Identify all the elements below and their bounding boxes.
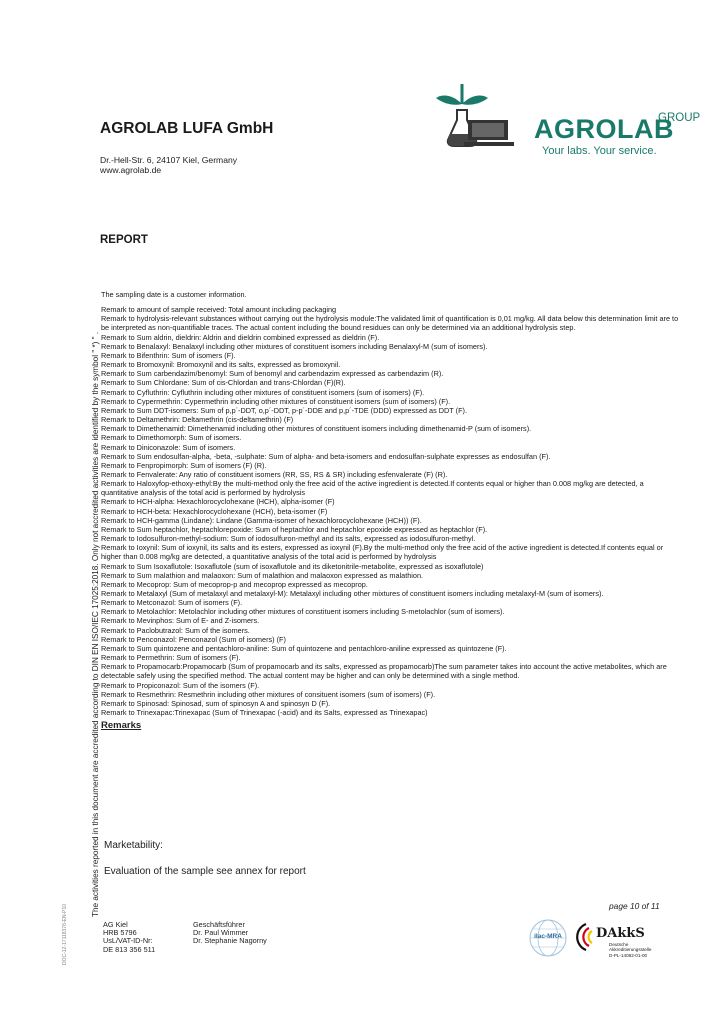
remark-item: Remark to Fenvalerate: Any ratio of cons… (101, 470, 681, 479)
report-title: REPORT (100, 234, 148, 246)
marketability-label: Marketability: (104, 840, 163, 851)
remarks-content: The sampling date is a customer informat… (101, 290, 681, 730)
logo-wordmark: AGROLAB (534, 114, 674, 145)
dakks-flag-arcs-icon (572, 922, 594, 952)
remark-item: Remark to HCH-beta: Hexachlorocyclohexan… (101, 507, 681, 516)
remark-item: Remark to Ioxynil: Sum of ioxynil, its s… (101, 543, 681, 561)
remark-item: Remark to Diniconazole: Sum of isomers. (101, 443, 681, 452)
remark-item: Remark to Sum heptachlor, heptachlorepox… (101, 525, 681, 534)
dakks-accreditation-number: D-PL-14082-01-00 (609, 953, 651, 958)
remark-item: Remark to Penconazol: Penconazol (Sum of… (101, 635, 681, 644)
remark-item: Remark to Dimethomorph: Sum of isomers. (101, 433, 681, 442)
dakks-name: DAkkS (596, 926, 645, 941)
document-code: DOC-12-17118378-EN-P10 (62, 904, 68, 965)
logo-group-label: GROUP (658, 112, 700, 124)
remark-item: Remark to amount of sample received: Tot… (101, 305, 681, 314)
remark-item: Remark to Paclobutrazol: Sum of the isom… (101, 626, 681, 635)
remark-item: Remark to Metconazol: Sum of isomers (F)… (101, 598, 681, 607)
sampling-note: The sampling date is a customer informat… (101, 290, 681, 299)
page-number: page 10 of 11 (609, 901, 660, 911)
remark-item: Remark to Cypermethrin: Cypermethrin inc… (101, 397, 681, 406)
address-street: Dr.-Hell-Str. 6, 24107 Kiel, Germany (100, 155, 237, 165)
remark-item: Remark to Deltamethrin: Deltamethrin (ci… (101, 415, 681, 424)
remark-item: Remark to Bifenthrin: Sum of isomers (F)… (101, 351, 681, 360)
remark-item: Remark to Cyfluthrin: Cyfluthrin includi… (101, 388, 681, 397)
remark-item: Remark to Benalaxyl: Benalaxyl including… (101, 342, 681, 351)
remark-item: Remark to hydrolysis-relevant substances… (101, 314, 681, 332)
remark-item: Remark to Propiconazol: Sum of the isome… (101, 681, 681, 690)
remark-list: Remark to amount of sample received: Tot… (101, 305, 681, 717)
remark-item: Remark to Sum endosulfan-alpha, -beta, -… (101, 452, 681, 461)
remark-item: Remark to Dimethenamid: Dimethenamid inc… (101, 424, 681, 433)
remark-item: Remark to Sum quintozene and pentachloro… (101, 644, 681, 653)
remark-item: Remark to Metolachlor: Metolachlor inclu… (101, 607, 681, 616)
remark-item: Remark to Sum DDT-isomers: Sum of p,p´-D… (101, 406, 681, 415)
remark-item: Remark to Iodosulfuron-methyl-sodium: Su… (101, 534, 681, 543)
remark-item: Remark to Mevinphos: Sum of E- and Z-iso… (101, 616, 681, 625)
remark-item: Remark to Resmethrin: Resmethrin includi… (101, 690, 681, 699)
remark-item: Remark to Fenpropimorph: Sum of isomers … (101, 461, 681, 470)
company-website: www.agrolab.de (100, 165, 237, 175)
dakks-details: Deutsche Akkreditierungsstelle D-PL-1408… (609, 942, 651, 958)
remark-item: Remark to Sum aldrin, dieldrin: Aldrin a… (101, 333, 681, 342)
remark-item: Remark to HCH-gamma (Lindane): Lindane (… (101, 516, 681, 525)
remark-item: Remark to Haloxyfop-ethoxy-ethyl:By the … (101, 479, 681, 497)
remark-item: Remark to Spinosad: Spinosad, sum of spi… (101, 699, 681, 708)
remark-item: Remark to Sum malathion and malaoxon: Su… (101, 571, 681, 580)
agrolab-logo: AGROLAB GROUP Your labs. Your service. (432, 82, 672, 162)
remark-item: Remark to Sum Chlordane: Sum of cis-Chlo… (101, 378, 681, 387)
footer-manager-2: Dr. Stephanie Nagorny (193, 937, 267, 945)
remark-item: Remark to Permethrin: Sum of isomers (F)… (101, 653, 681, 662)
remark-item: Remark to Sum carbendazim/benomyl: Sum o… (101, 369, 681, 378)
footer-vat-number: DE 813 356 511 (103, 946, 155, 954)
company-name: AGROLAB LUFA GmbH (100, 120, 273, 138)
flask-computer-logo-icon (432, 82, 532, 152)
remarks-heading: Remarks (101, 721, 681, 730)
remark-item: Remark to HCH-alpha: Hexachlorocyclohexa… (101, 497, 681, 506)
remark-item: Remark to Mecoprop: Sum of mecoprop-p an… (101, 580, 681, 589)
logo-tagline: Your labs. Your service. (542, 145, 657, 157)
ilac-label: ilac-MRA (528, 933, 568, 940)
remark-item: Remark to Sum Isoxaflutole: Isoxaflutole… (101, 562, 681, 571)
evaluation-note: Evaluation of the sample see annex for r… (104, 866, 306, 877)
remark-item: Remark to Metalaxyl (Sum of metalaxyl an… (101, 589, 681, 598)
remark-item: Remark to Propamocarb:Propamocarb (Sum o… (101, 662, 681, 680)
footer-registration: AG Kiel HRB 5796 UsL/VAT-ID-Nr: DE 813 3… (103, 921, 155, 954)
remark-item: Remark to Bromoxynil: Bromoxynil and its… (101, 360, 681, 369)
footer-management: Geschäftsführer Dr. Paul Wimmer Dr. Step… (193, 921, 267, 946)
company-address: Dr.-Hell-Str. 6, 24107 Kiel, Germany www… (100, 155, 237, 175)
accreditation-note: The activities reported in this document… (91, 332, 100, 917)
remark-item: Remark to Trinexapac:Trinexapac (Sum of … (101, 708, 681, 717)
